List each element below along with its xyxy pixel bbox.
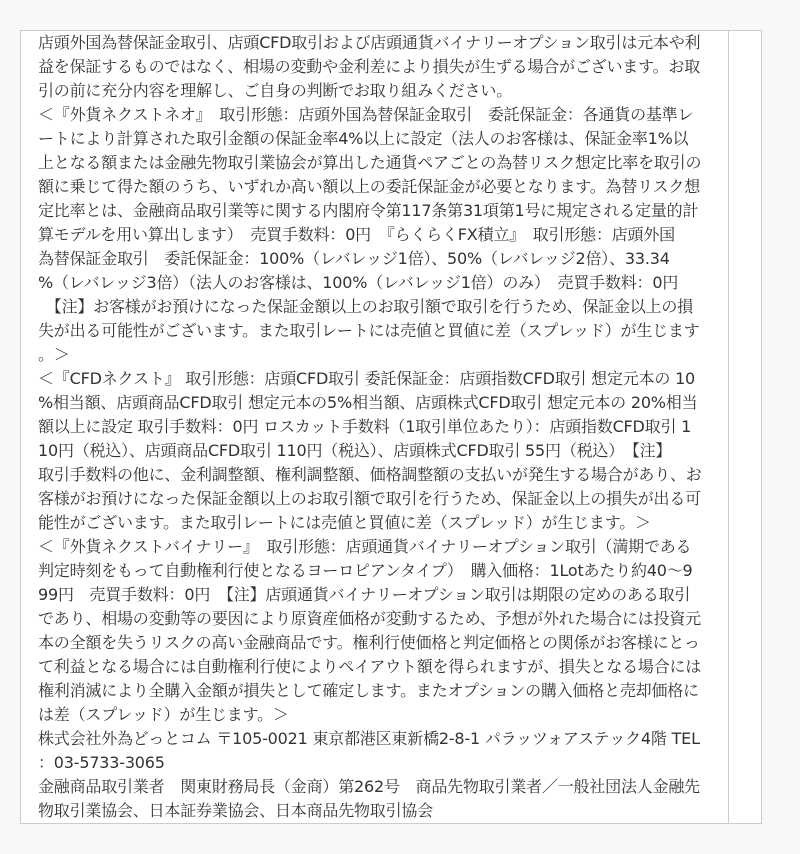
disclaimer-text-cell: 店頭外国為替保証金取引、店頭CFD取引および店頭通貨バイナリーオプション取引は元…: [21, 31, 729, 823]
registration-line: 金融商品取引業者 関東財務局長（金商）第262号 商品先物取引業者／一般社団法人…: [38, 775, 728, 799]
disclaimer-line: %相当額、店頭商品CFD取引 想定元本の5%相当額、店頭株式CFD取引 想定元本…: [38, 391, 728, 415]
disclaimer-line: ＜『CFDネクスト』 取引形態：店頭CFD取引 委託保証金：店頭指数CFD取引 …: [38, 367, 728, 391]
disclaimer-line: 定比率とは、金融商品取引業等に関する内閣府令第117条第31項第1号に規定される…: [38, 199, 728, 223]
company-phone-line: ：03-5733-3065: [38, 751, 728, 775]
disclaimer-line: 取引手数料の他に、金利調整額、権利調整額、価格調整額の支払いが発生する場合があり…: [38, 463, 728, 487]
disclaimer-line: ＜『外貨ネクストネオ』 取引形態：店頭外国為替保証金取引 委託保証金：各通貨の基…: [38, 103, 728, 127]
disclaimer-line: %（レバレッジ3倍）（法人のお客様は、100%（レバレッジ1倍）のみ） 売買手数…: [38, 271, 728, 295]
disclaimer-line: 権利消滅により全購入金額が損失として確定します。またオプションの購入価格と売却価…: [38, 679, 728, 703]
disclaimer-table: 店頭外国為替保証金取引、店頭CFD取引および店頭通貨バイナリーオプション取引は元…: [20, 30, 762, 824]
gaika-next-neo-paragraph: ＜『外貨ネクストネオ』 取引形態：店頭外国為替保証金取引 委託保証金：各通貨の基…: [38, 103, 728, 367]
disclaimer-line: 。＞: [38, 343, 728, 367]
disclaimer-line: であり、相場の変動等の要因により原資産価格が変動するため、予想が外れた場合には投…: [38, 607, 728, 631]
disclaimer-line: て利益となる場合には自動権利行使によりペイアウト額を得られますが、損失となる場合…: [38, 655, 728, 679]
disclaimer-line: 益を保証するものではなく、相場の変動や金利差により損失が生ずる場合がございます。…: [38, 55, 728, 79]
registration-paragraph: 金融商品取引業者 関東財務局長（金商）第262号 商品先物取引業者／一般社団法人…: [38, 775, 728, 823]
disclaimer-line: 10円（税込）、店頭商品CFD取引 110円（税込）、店頭株式CFD取引 55円…: [38, 439, 728, 463]
side-cell: [729, 31, 761, 823]
disclaimer-line: 99円 売買手数料：0円 【注】店頭通貨バイナリーオプション取引は期限の定めのあ…: [38, 583, 728, 607]
disclaimer-line: 本の全額を失うリスクの高い金融商品です。権利行使価格と判定価格との関係がお客様に…: [38, 631, 728, 655]
disclaimer-line: 算モデルを用い算出します） 売買手数料：0円 『らくらくFX積立』 取引形態：店…: [38, 223, 728, 247]
disclaimer-line: 【注】お客様がお預けになった保証金額以上のお取引額で取引を行うため、保証金以上の…: [38, 295, 728, 319]
disclaimer-line: ＜『外貨ネクストバイナリー』 取引形態：店頭通貨バイナリーオプション取引（満期で…: [38, 535, 728, 559]
company-info-paragraph: 株式会社外為どっとコム 〒105-0021 東京都港区東新橋2-8-1 パラッツ…: [38, 727, 728, 775]
disclaimer-line: 店頭外国為替保証金取引、店頭CFD取引および店頭通貨バイナリーオプション取引は元…: [38, 31, 728, 55]
disclaimer-line: ートにより計算された取引金額の保証金率4%以上に設定（法人のお客様は、保証金率1…: [38, 127, 728, 151]
registration-line: 物取引業協会、日本証券業協会、日本商品先物取引協会: [38, 799, 728, 823]
disclaimer-line: 客様がお預けになった保証金額以上のお取引額で取引を行うため、保証金以上の損失が出…: [38, 487, 728, 511]
disclaimer-line: 為替保証金取引 委託保証金：100%（レバレッジ1倍）、50%（レバレッジ2倍）…: [38, 247, 728, 271]
disclaimer-line: 失が出る可能性がございます。また取引レートには売値と買値に差（スプレッド）が生じ…: [38, 319, 728, 343]
company-address-line: 株式会社外為どっとコム 〒105-0021 東京都港区東新橋2-8-1 パラッツ…: [38, 727, 728, 751]
disclaimer-line: 判定時刻をもって自動権利行使となるヨーロピアンタイプ） 購入価格：1Lotあたり…: [38, 559, 728, 583]
disclaimer-line: 上となる額または金融先物取引業協会が算出した通貨ペアごとの為替リスク想定比率を取…: [38, 151, 728, 175]
risk-warning-paragraph: 店頭外国為替保証金取引、店頭CFD取引および店頭通貨バイナリーオプション取引は元…: [38, 31, 728, 103]
disclaimer-line: 額以上に設定 取引手数料：0円 ロスカット手数料（1取引単位あたり）：店頭指数C…: [38, 415, 728, 439]
disclaimer-line: は差（スプレッド）が生じます。＞: [38, 703, 728, 727]
disclaimer-line: 引の前に充分内容を理解し、ご自身の判断でお取り組みください。: [38, 79, 728, 103]
gaika-next-binary-paragraph: ＜『外貨ネクストバイナリー』 取引形態：店頭通貨バイナリーオプション取引（満期で…: [38, 535, 728, 727]
cfd-next-paragraph: ＜『CFDネクスト』 取引形態：店頭CFD取引 委託保証金：店頭指数CFD取引 …: [38, 367, 728, 535]
disclaimer-line: 額に乗じて得た額のうち、いずれか高い額以上の委託保証金が必要となります。為替リス…: [38, 175, 728, 199]
disclaimer-line: 能性がございます。また取引レートには売値と買値に差（スプレッド）が生じます。＞: [38, 511, 728, 535]
